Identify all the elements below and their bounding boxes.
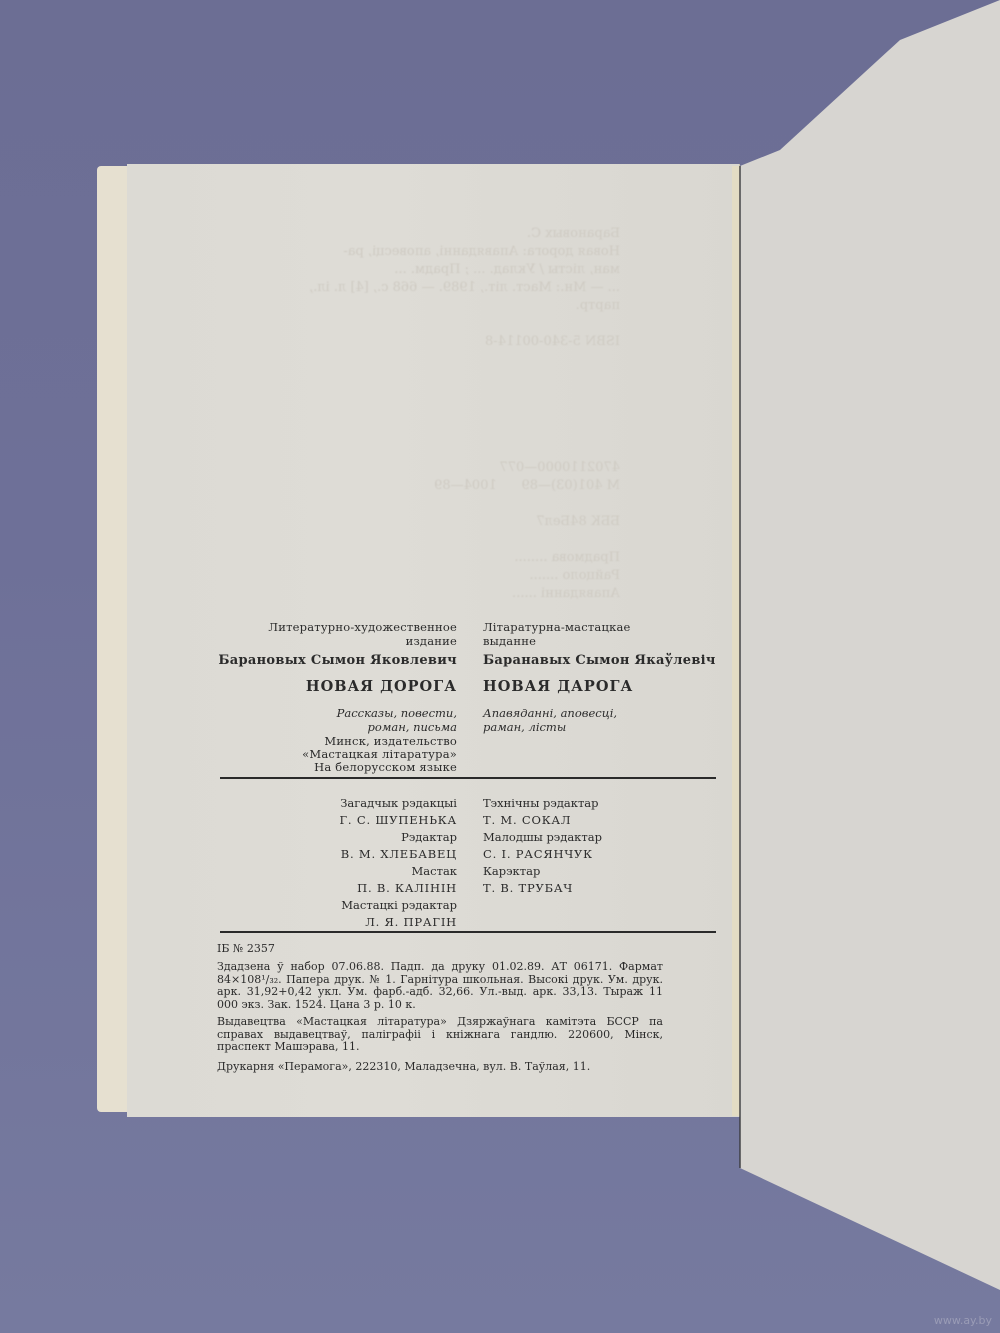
staff-name: Г. С. ШУПЕНЬКА xyxy=(340,812,457,829)
printer-info: Друкарня «Перамога», 222310, Маладзечна,… xyxy=(217,1061,663,1074)
genres-line: Рассказы, повести, xyxy=(337,706,457,720)
staff-role: Мастак xyxy=(340,863,457,880)
edition-type-line: Літаратурна-мастацкае xyxy=(483,620,631,634)
genres-line: роман, письма xyxy=(337,720,457,734)
publisher-line: На белорусском языке xyxy=(302,761,457,774)
publisher-ru: Минск, издательство «Мастацкая літаратур… xyxy=(302,735,457,774)
author-ru: Барановых Сымон Яковлевич xyxy=(218,653,457,668)
publisher-info: Выдавецтва «Мастацкая літаратура» Дзяржа… xyxy=(217,1016,663,1054)
edition-type-line: издание xyxy=(268,634,457,648)
bleed-through-text: Барановых С. Новая дорога: Апавяданні, а… xyxy=(220,225,620,605)
edition-type-line: Литературно-художественное xyxy=(268,620,457,634)
facing-page xyxy=(740,0,1000,1333)
divider-rule xyxy=(220,931,716,933)
genres-be: Апавяданні, аповесці, раман, лісты xyxy=(483,706,617,734)
staff-name: В. М. ХЛЕБАВЕЦ xyxy=(340,846,457,863)
staff-role: Малодшы рэдактар xyxy=(483,829,602,846)
staff-name: Т. М. СОКАЛ xyxy=(483,812,602,829)
divider-rule xyxy=(220,777,716,779)
print-details: Здадзена ў набор 07.06.88. Падп. да друк… xyxy=(217,961,663,1011)
staff-role: Тэхнічны рэдактар xyxy=(483,795,602,812)
staff-name: П. В. КАЛІНІН xyxy=(340,880,457,897)
edition-type-line: выданне xyxy=(483,634,631,648)
staff-role: Мастацкі рэдактар xyxy=(340,897,457,914)
edition-type-be: Літаратурна-мастацкае выданне xyxy=(483,620,631,648)
staff-left: Загадчык рэдакцыі Г. С. ШУПЕНЬКА Рэдакта… xyxy=(340,795,457,931)
staff-role: Карэктар xyxy=(483,863,602,880)
staff-name: Л. Я. ПРАГІН xyxy=(340,914,457,931)
ib-number: ІБ № 2357 xyxy=(217,943,663,956)
staff-right: Тэхнічны рэдактар Т. М. СОКАЛ Малодшы рэ… xyxy=(483,795,602,897)
genres-line: Апавяданні, аповесці, xyxy=(483,706,617,720)
author-be: Баранавых Сымон Якаўлевіч xyxy=(483,653,716,668)
title-be: НОВАЯ ДАРОГА xyxy=(483,678,633,695)
staff-role: Загадчык рэдакцыі xyxy=(340,795,457,812)
staff-role: Рэдактар xyxy=(340,829,457,846)
watermark: www.ay.by xyxy=(934,1314,992,1327)
edition-type-ru: Литературно-художественное издание xyxy=(268,620,457,648)
spine-shadow xyxy=(739,166,741,1168)
staff-name: Т. В. ТРУБАЧ xyxy=(483,880,602,897)
title-ru: НОВАЯ ДОРОГА xyxy=(306,678,457,695)
genres-line: раман, лісты xyxy=(483,720,617,734)
genres-ru: Рассказы, повести, роман, письма xyxy=(337,706,457,734)
staff-name: С. І. РАСЯНЧУК xyxy=(483,846,602,863)
